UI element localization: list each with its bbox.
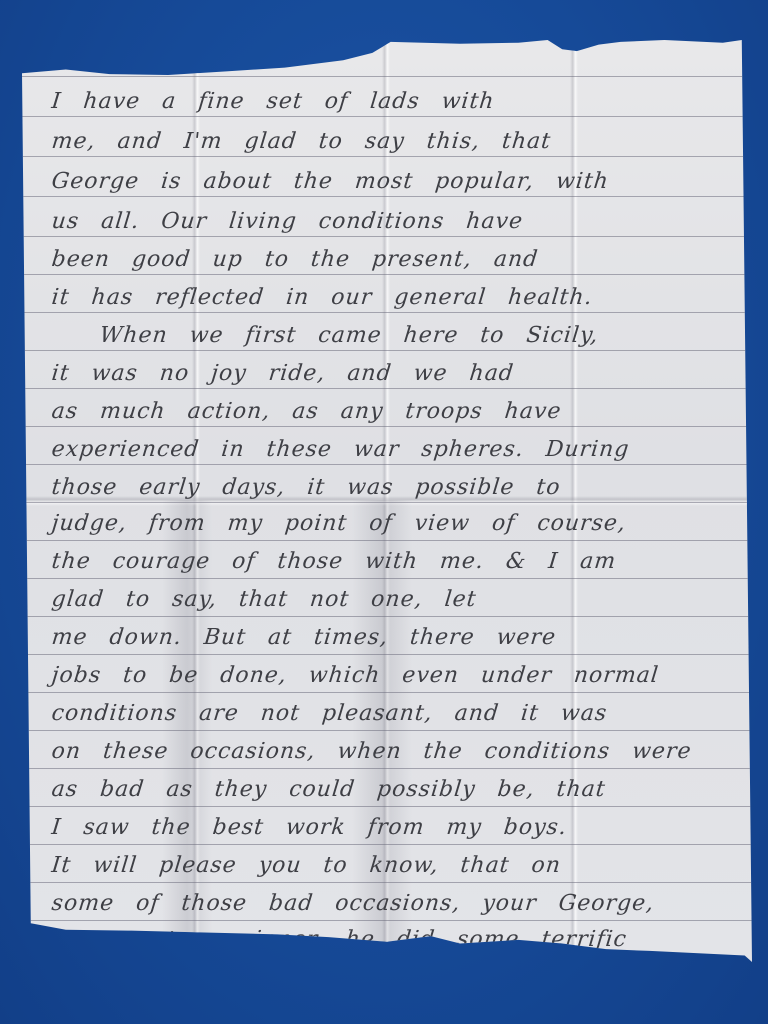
ruled-line <box>22 76 752 77</box>
letter-line: on these occasions, when the conditions … <box>50 734 733 764</box>
letter-line: been good up to the present, and <box>50 242 733 272</box>
ruled-line <box>22 116 752 117</box>
ruled-line <box>22 768 752 769</box>
ruled-line <box>22 312 752 313</box>
ruled-line <box>22 616 752 617</box>
letter-line: I have a fine set of lads with <box>50 84 733 114</box>
letter-line: those early days, it was possible to <box>50 470 733 500</box>
ruled-line <box>22 844 752 845</box>
letter-line: I saw the best work from my boys. <box>50 810 733 840</box>
ruled-line <box>22 920 752 921</box>
letter-paper: I have a fine set of lads with me, and I… <box>22 40 752 962</box>
letter-line: the courage of those with me. & I am <box>50 544 733 574</box>
ruled-line <box>22 730 752 731</box>
letter-line: as much action, as any troops have <box>50 394 733 424</box>
ruled-line <box>22 882 752 883</box>
ruled-line <box>22 692 752 693</box>
ruled-line <box>22 426 752 427</box>
letter-line: us all. Our living conditions have <box>50 204 733 234</box>
letter-line: came out a winner, he did some terrific <box>50 922 733 952</box>
letter-line: glad to say, that not one, let <box>50 582 733 612</box>
ruled-line <box>22 350 752 351</box>
letter-line: George is about the most popular, with <box>50 164 733 194</box>
ruled-line <box>22 464 752 465</box>
ruled-line <box>22 156 752 157</box>
letter-line: conditions are not pleasant, and it was <box>50 696 733 726</box>
ruled-line <box>22 236 752 237</box>
letter-line: as bad as they could possibly be, that <box>50 772 733 802</box>
letter-line: jobs to be done, which even under normal <box>50 658 733 688</box>
ruled-line <box>22 540 752 541</box>
letter-line: some of those bad occasions, your George… <box>50 886 733 916</box>
letter-line: me down. But at times, there were <box>50 620 733 650</box>
letter-line: judge, from my point of view of course, <box>50 506 733 536</box>
letter-line: me, and I'm glad to say this, that <box>50 124 733 154</box>
ruled-line <box>22 196 752 197</box>
ruled-line <box>22 388 752 389</box>
ruled-line <box>22 502 752 503</box>
ruled-line <box>22 654 752 655</box>
letter-line: it was no joy ride, and we had <box>50 356 733 386</box>
letter-line: When we first came here to Sicily, <box>98 318 733 348</box>
ruled-line <box>22 806 752 807</box>
letter-line: It will please you to know, that on <box>50 848 733 878</box>
ruled-line <box>22 578 752 579</box>
letter-line: it has reflected in our general health. <box>50 280 733 310</box>
letter-line: experienced in these war spheres. During <box>50 432 733 462</box>
ruled-line <box>22 274 752 275</box>
